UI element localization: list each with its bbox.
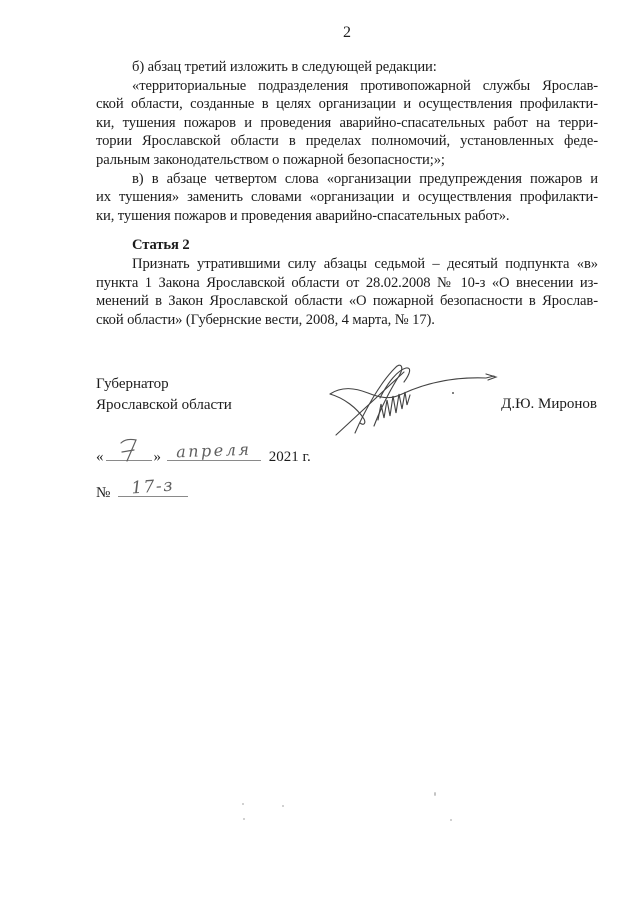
document-line: тории Ярославской области в пределах пол… (96, 132, 598, 151)
article-heading: Статья 2 (96, 236, 598, 255)
number-blank: 17-з (118, 480, 188, 497)
document-line: б) абзац третий изложить в следующей ред… (96, 58, 598, 77)
handwritten-month-icon: апреля (167, 434, 261, 464)
date-month-blank: апреля (167, 444, 261, 461)
document-line: их тушения» заменить словами «организаци… (96, 188, 598, 207)
date-line: « » апреля 2021 г. (96, 444, 311, 466)
signer-title-line2: Ярославской области (96, 395, 232, 416)
document-line: в) в абзаце четвертом слова «организации… (96, 170, 598, 189)
date-close-quote: » (154, 449, 162, 465)
document-line: ральным законодательством о пожарной без… (96, 151, 598, 170)
date-open-quote: « (96, 449, 104, 465)
handwritten-day-icon (118, 436, 140, 464)
signer-name: Д.Ю. Миронов (501, 396, 597, 413)
scan-speck (282, 805, 284, 807)
signer-title-line1: Губернатор (96, 374, 232, 395)
handwritten-month-text: апреля (176, 440, 252, 462)
document-line: «территориальные подразделения противопо… (96, 77, 598, 96)
document-line: ки, тушения пожаров и проведения аварийн… (96, 207, 598, 226)
handwritten-number-text: 17-з (131, 476, 175, 499)
document-line: ской области» (Губернские вести, 2008, 4… (96, 311, 598, 330)
number-label: № (96, 485, 110, 501)
document-line: Признать утратившими силу абзацы седьмой… (96, 255, 598, 274)
scan-speck (243, 818, 245, 820)
page-number: 2 (96, 24, 598, 42)
signer-title: Губернатор Ярославской области (96, 374, 232, 415)
document-line: менений в Закон Ярославской области «О п… (96, 292, 598, 311)
document-page: 2 б) абзац третий изложить в следующей р… (0, 0, 640, 905)
document-body: б) абзац третий изложить в следующей ред… (96, 58, 598, 329)
scan-speck (450, 819, 452, 821)
scan-speck (242, 803, 244, 805)
document-line: ской области, созданные в целях организа… (96, 95, 598, 114)
number-line: № 17-з (96, 480, 188, 502)
document-line: ки, тушения пожаров и проведения аварийн… (96, 114, 598, 133)
handwritten-number-icon: 17-з (120, 468, 190, 504)
date-day-blank (106, 444, 152, 461)
scan-speck (434, 792, 436, 796)
handwritten-signature-icon (300, 358, 510, 438)
document-line: пункта 1 Закона Ярославской области от 2… (96, 274, 598, 293)
date-year: 2021 г. (269, 449, 311, 465)
